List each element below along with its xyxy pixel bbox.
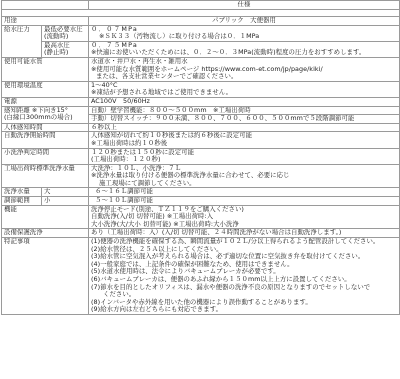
small-flush-line-2: (工場出荷時：１２０秒) bbox=[91, 156, 397, 164]
note-9: (9)給水方向は左右どちらにも対応できます。 bbox=[91, 306, 397, 314]
max-pressure-sublabel: (静止時) bbox=[44, 49, 86, 57]
row-label-flush-range-1: 洗浄水量 bbox=[2, 188, 42, 197]
row-label-usage: 用途 bbox=[2, 17, 89, 26]
row-sublabel-max-pressure: 最高水圧 (静止時) bbox=[42, 41, 89, 57]
table-row-temperature: 使用環境温度 1～40°C ※凍結が予想される地域ではご使用できません。 bbox=[2, 81, 400, 97]
table-row-functions: 機能 洗浄停止モード(別途、ＴＺ１１９をご購入ください) 自動洗浄(入/切 切替… bbox=[2, 205, 400, 229]
table-row-standard-flush-volume: 工場出荷時標準洗浄水量 大洗浄：１０Ｌ、小洗浄：７Ｌ ※洗浄水量は取り付ける便器… bbox=[2, 164, 400, 188]
row-value-equipment-protection: あり（工場出荷時：入）(入/切 切替可能、２４時間洗浄がない場合は自動洗浄します… bbox=[89, 229, 400, 238]
water-quality-line-3: または、各支社営業センターでご確認ください。 bbox=[91, 73, 397, 81]
row-value-min-pressure: ０．０７MPa ※ＳＫ３３（汚物流し）に取り付ける場合は０．１MPa bbox=[89, 25, 400, 41]
spec-table: 仕様 用途 パブリック 大便器用 給水圧力 最低必要水圧 (流動時) ０．０７M… bbox=[1, 0, 400, 315]
row-label-standard-flush-volume: 工場出荷時標準洗浄水量 bbox=[2, 164, 89, 188]
table-header-row: 仕様 bbox=[2, 1, 400, 10]
table-header: 仕様 bbox=[89, 1, 400, 10]
row-value-sensing-auto: 自動）壁学習機能：８００～５００mm ※工場出荷時 bbox=[89, 106, 400, 115]
row-label-detection-time: 人体感知時間 bbox=[2, 123, 89, 132]
table-row-flush-range-large: 洗浄水量 大 ６～１６Ｌ調節可能 bbox=[2, 188, 400, 197]
max-pressure-note: ※快適にお使いいただくためには、０．２～０．３MPa(流動時)程度の圧力をおすす… bbox=[91, 49, 397, 57]
table-row-water-quality: 使用可能水質 水道水・井戸水・再生水・雑用水 ※使用可能な水質範囲をホームページ… bbox=[2, 57, 400, 81]
row-sublabel-min-pressure: 最低必要水圧 (流動時) bbox=[42, 25, 89, 41]
table-row-power: 電源 AC100V 50/60Hz bbox=[2, 97, 400, 106]
table-row-auto-flush-start: 自動洗浄開始時間 人体感知が切れて約１０秒後または約６秒後に設定可能 ※工場出荷… bbox=[2, 132, 400, 148]
row-label-flush-range-2: 調節範囲 bbox=[2, 197, 42, 206]
row-value-sensing-manual: 手動）切替スイッチ：９００未満、８００、７００、６００、５００mmで５段階調節可… bbox=[89, 115, 400, 124]
row-value-detection-time: ６秒以上 bbox=[89, 123, 400, 132]
table-row-usage: 用途 パブリック 大便器用 bbox=[2, 17, 400, 26]
flush-range-small-value: ５～１０Ｌ調節可能 bbox=[89, 197, 400, 206]
row-value-functions: 洗浄停止モード(別途、ＴＺ１１９をご購入ください) 自動洗浄(入/切 切替可能)… bbox=[89, 205, 400, 229]
row-label-sensing-distance: 感知距離 ※下向き15° (白縁口300mmの場合) bbox=[2, 106, 89, 123]
table-row-flush-range-small: 調節範囲 小 ５～１０Ｌ調節可能 bbox=[2, 197, 400, 206]
row-label-small-flush-judge: 小洗浄判定時間 bbox=[2, 148, 89, 164]
table-row-supply-pressure-max: 最高水圧 (静止時) ０．７５MPa ※快適にお使いいただくためには、０．２～０… bbox=[2, 41, 400, 57]
table-row-supply-pressure-min: 給水圧力 最低必要水圧 (流動時) ０．０７MPa ※ＳＫ３３（汚物流し）に取り… bbox=[2, 25, 400, 41]
auto-flush-line-2: ※工場出荷時は約１０秒後 bbox=[91, 140, 397, 148]
table-spacer-row bbox=[2, 10, 400, 17]
row-label-special-notes: 特記事項 bbox=[2, 238, 89, 315]
spacer-cell bbox=[2, 10, 400, 17]
row-value-auto-flush-start: 人体感知が切れて約１０秒後または約６秒後に設定可能 ※工場出荷時は約１０秒後 bbox=[89, 132, 400, 148]
table-row-special-notes: 特記事項 (1)便器の洗浄機能を確保する為、瞬間流量が１０２Ｌ/分以上得られるよ… bbox=[2, 238, 400, 315]
flush-range-small-label: 小 bbox=[42, 197, 89, 206]
flush-range-large-label: 大 bbox=[42, 188, 89, 197]
row-value-water-quality: 水道水・井戸水・再生水・雑用水 ※使用可能な水質範囲をホームページ https:… bbox=[89, 57, 400, 81]
row-label-temperature: 使用環境温度 bbox=[2, 81, 89, 97]
header-empty-cell bbox=[2, 1, 89, 10]
row-value-standard-flush-volume: 大洗浄：１０Ｌ、小洗浄：７Ｌ ※洗浄水量は取り付ける便器の標準洗浄水量に合わせて… bbox=[89, 164, 400, 188]
row-value-power: AC100V 50/60Hz bbox=[89, 97, 400, 106]
table-row-sensing-auto: 感知距離 ※下向き15° (白縁口300mmの場合) 自動）壁学習機能：８００～… bbox=[2, 106, 400, 115]
table-row-detection-time: 人体感知時間 ６秒以上 bbox=[2, 123, 400, 132]
flush-range-large-value: ６～１６Ｌ調節可能 bbox=[89, 188, 400, 197]
row-label-auto-flush-start: 自動洗浄開始時間 bbox=[2, 132, 89, 148]
row-value-small-flush-judge: １２０秒または１５０秒に設定可能 (工場出荷時：１２０秒) bbox=[89, 148, 400, 164]
table-row-equipment-protection: 設備保護洗浄 あり（工場出荷時：入）(入/切 切替可能、２４時間洗浄がない場合は… bbox=[2, 229, 400, 238]
row-value-special-notes: (1)便器の洗浄機能を確保する為、瞬間流量が１０２Ｌ/分以上得られるよう配管設計… bbox=[89, 238, 400, 315]
min-pressure-note: ※ＳＫ３３（汚物流し）に取り付ける場合は０．１MPa bbox=[91, 33, 397, 41]
functions-line-3: 大小洗浄(大/大小 切替可能) ※工場出荷時:大小洗浄 bbox=[91, 221, 397, 229]
table-row-small-flush-judge: 小洗浄判定時間 １２０秒または１５０秒に設定可能 (工場出荷時：１２０秒) bbox=[2, 148, 400, 164]
row-value-temperature: 1～40°C ※凍結が予想される地域ではご使用できません。 bbox=[89, 81, 400, 97]
row-label-functions: 機能 bbox=[2, 205, 89, 229]
row-value-max-pressure: ０．７５MPa ※快適にお使いいただくためには、０．２～０．３MPa(流動時)程… bbox=[89, 41, 400, 57]
row-label-water-quality: 使用可能水質 bbox=[2, 57, 89, 81]
min-pressure-sublabel: (流動時) bbox=[44, 33, 86, 41]
row-label-equipment-protection: 設備保護洗浄 bbox=[2, 229, 89, 238]
note-7: (7)節水を目的としたオリフィスは、漏水や便器の洗浄不良の原因となりますのでセッ… bbox=[91, 284, 397, 292]
sensing-label-2: (白縁口300mmの場合) bbox=[4, 114, 86, 122]
row-value-usage: パブリック 大便器用 bbox=[89, 17, 400, 26]
row-label-supply-pressure: 給水圧力 bbox=[2, 25, 42, 57]
row-label-power: 電源 bbox=[2, 97, 89, 106]
temperature-line-2: ※凍結が予想される地域ではご使用できません。 bbox=[91, 89, 397, 97]
flush-volume-line-3: 施工現場にて調節してください。 bbox=[91, 180, 397, 188]
